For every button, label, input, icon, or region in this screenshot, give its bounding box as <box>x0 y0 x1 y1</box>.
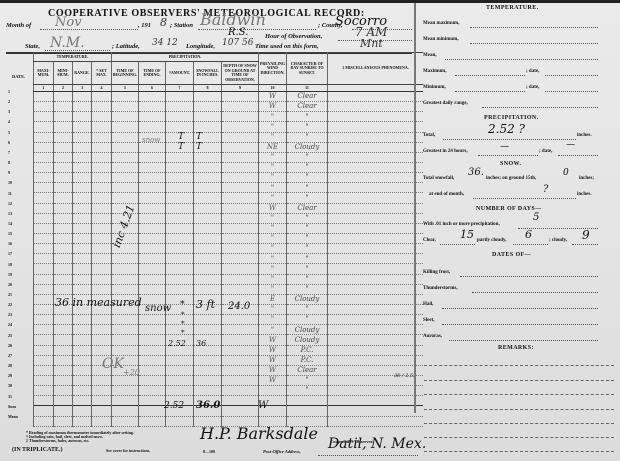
mean-label: Mean <box>8 414 18 419</box>
table-cell: " <box>259 173 287 183</box>
table-cell <box>222 254 259 264</box>
table-cell <box>328 112 424 122</box>
table-row: WClear <box>33 102 423 112</box>
table-cell: W <box>259 345 287 355</box>
table-cell <box>34 315 54 325</box>
remarks-line <box>424 394 614 395</box>
row22-snowfall: 3 ft <box>196 298 215 311</box>
table-cell <box>34 355 54 365</box>
table-cell <box>112 396 139 406</box>
day-label: 17 <box>8 251 12 256</box>
table-cell: " <box>259 193 287 203</box>
table-cell: " <box>259 122 287 132</box>
rp-snowfall-label: Total snowfall, <box>423 176 454 181</box>
col-num: 2 <box>54 85 73 92</box>
col-num: 9 <box>222 85 259 92</box>
month-label: Month of <box>6 22 31 29</box>
table-cell <box>54 203 73 213</box>
table-cell <box>112 345 139 355</box>
table-cell <box>166 183 194 193</box>
table-cell <box>92 406 112 416</box>
table-cell <box>139 203 166 213</box>
table-cell: " <box>287 132 328 142</box>
row22-amount: * <box>180 300 185 310</box>
table-row: "" <box>33 162 423 172</box>
table-cell <box>92 203 112 213</box>
table-cell: NE <box>259 142 287 152</box>
table-cell <box>92 254 112 264</box>
day-label: 7 <box>8 150 10 155</box>
table-cell <box>112 183 139 193</box>
table-cell <box>194 284 222 294</box>
remarks-line <box>424 437 614 438</box>
table-cell: " <box>287 193 328 203</box>
table-cell <box>166 213 194 223</box>
table-cell <box>34 284 54 294</box>
table-cell <box>194 264 222 274</box>
table-cell <box>73 203 92 213</box>
table-cell <box>92 112 112 122</box>
rp-end-month-value: ? <box>543 184 548 195</box>
table-cell <box>222 365 259 375</box>
table-row <box>33 406 423 416</box>
table-cell <box>139 122 166 132</box>
table-cell: " <box>259 112 287 122</box>
panel-divider <box>414 3 416 413</box>
table-cell <box>166 264 194 274</box>
table-cell <box>166 355 194 365</box>
table-cell <box>34 264 54 274</box>
row7-amount: T <box>178 142 184 152</box>
row22-note: 36 in measured <box>55 296 142 309</box>
table-cell <box>73 264 92 274</box>
table-cell <box>139 162 166 172</box>
table-cell: " <box>287 386 328 396</box>
ok-sub-note: +20 <box>123 368 140 377</box>
rp-greatest-24h-label: Greatest in 24 hours, <box>423 149 468 154</box>
table-cell <box>139 315 166 325</box>
table-cell <box>139 244 166 254</box>
table-cell <box>139 152 166 162</box>
table-cell <box>54 254 73 264</box>
top-border <box>0 0 620 3</box>
table-row: "" <box>33 183 423 193</box>
rp-precipitation-heading: PRECIPITATION. <box>484 115 539 121</box>
table-cell <box>166 244 194 254</box>
col-header-max: MAXI-MUM. <box>34 62 54 85</box>
table-cell <box>73 416 92 426</box>
table-cell <box>112 264 139 274</box>
table-cell: " <box>287 244 328 254</box>
day-label: 20 <box>8 282 12 287</box>
remarks-line <box>424 380 614 381</box>
table-cell <box>139 284 166 294</box>
table-cell <box>166 315 194 325</box>
table-cell <box>73 254 92 264</box>
table-cell <box>194 325 222 335</box>
table-cell: " <box>259 213 287 223</box>
table-cell <box>222 335 259 345</box>
table-cell <box>328 396 424 406</box>
table-cell <box>54 416 73 426</box>
table-cell: P.C. <box>287 345 328 355</box>
table-cell: " <box>259 274 287 284</box>
table-row: WClear <box>33 92 423 102</box>
table-cell <box>73 274 92 284</box>
time-used-value: Mnt <box>360 37 383 50</box>
day-label: 27 <box>8 353 12 358</box>
table-cell <box>112 274 139 284</box>
col-header-range: RANGE. <box>73 62 92 85</box>
day-label: 3 <box>8 109 10 114</box>
row6-amount: T <box>178 132 184 142</box>
table-cell <box>73 244 92 254</box>
table-row: "" <box>33 284 423 294</box>
table-cell <box>222 92 259 102</box>
table-cell <box>112 416 139 426</box>
table-cell <box>222 193 259 203</box>
table-cell <box>328 345 424 355</box>
table-cell <box>139 233 166 243</box>
col-header-time-end: TIME OF ENDING. <box>139 62 166 85</box>
table-cell <box>92 335 112 345</box>
table-cell <box>54 132 73 142</box>
table-cell <box>92 173 112 183</box>
table-cell <box>112 406 139 416</box>
col-header-misc: ‡ MISCELLANEOUS PHENOMENA. <box>328 53 424 85</box>
table-cell <box>166 365 194 375</box>
table-cell <box>194 365 222 375</box>
table-cell <box>92 223 112 233</box>
table-cell: W <box>259 375 287 385</box>
table-cell <box>34 406 54 416</box>
rp-thunderstorms-label: Thunderstorms, <box>423 286 458 291</box>
rp-snowfall-value: 36. <box>468 167 484 178</box>
table-cell <box>328 294 424 304</box>
table-cell: P.C. <box>287 355 328 365</box>
rp-maximum-date-label: ; date, <box>526 69 539 74</box>
table-cell <box>194 193 222 203</box>
table-cell <box>222 345 259 355</box>
table-cell <box>54 345 73 355</box>
col-num: 1 <box>34 85 54 92</box>
table-cell: W <box>259 365 287 375</box>
table-cell: " <box>287 233 328 243</box>
col-header-set-max: * SET MAX. <box>92 62 112 85</box>
rp-total-unit: inches. <box>577 133 592 138</box>
day-label: 22 <box>8 302 12 307</box>
day-label: 28 <box>8 363 12 368</box>
table-cell <box>166 173 194 183</box>
table-cell <box>34 122 54 132</box>
table-cell <box>54 142 73 152</box>
table-cell <box>73 375 92 385</box>
table-cell <box>34 102 54 112</box>
table-cell: " <box>287 375 328 385</box>
table-cell <box>139 92 166 102</box>
table-row: "" <box>33 264 423 274</box>
rp-dates-heading: DATES OF— <box>492 252 531 258</box>
table-cell <box>34 386 54 396</box>
rp-temperature-heading: TEMPERATURE. <box>486 5 539 11</box>
table-cell <box>112 284 139 294</box>
table-cell: " <box>259 223 287 233</box>
table-cell <box>287 396 328 406</box>
table-cell <box>34 223 54 233</box>
table-cell <box>92 325 112 335</box>
day-label: 15 <box>8 231 12 236</box>
triplicate-label: (IN TRIPLICATE.) <box>12 447 62 453</box>
day-label: 2 <box>8 99 10 104</box>
table-cell <box>328 416 424 426</box>
table-row: "" <box>33 244 423 254</box>
remarks-line <box>424 409 614 410</box>
rp-sleet-label: Sleet, <box>423 318 435 323</box>
latitude-label: ; Latitude, <box>112 43 140 50</box>
table-cell <box>92 345 112 355</box>
col-num: 5 <box>112 85 139 92</box>
row6-snow: T <box>196 132 202 142</box>
table-cell: " <box>287 304 328 314</box>
rs-value: R.S. <box>228 27 248 38</box>
rp-precip-days-label: With .01 inch or more precipitation, <box>423 222 500 227</box>
table-cell <box>54 162 73 172</box>
table-cell <box>139 335 166 345</box>
table-cell <box>222 244 259 254</box>
table-cell <box>73 132 92 142</box>
table-cell <box>112 142 139 152</box>
table-cell: " <box>287 254 328 264</box>
table-cell <box>73 345 92 355</box>
table-row: "Cloudy <box>33 325 423 335</box>
table-cell <box>34 294 54 304</box>
table-cell <box>222 183 259 193</box>
station-line <box>198 29 316 30</box>
table-cell <box>222 375 259 385</box>
table-cell: " <box>259 183 287 193</box>
table-cell <box>54 233 73 243</box>
station-label: ; Station <box>170 22 193 29</box>
day-label: 26 <box>8 343 12 348</box>
table-cell <box>73 335 92 345</box>
table-cell <box>92 92 112 102</box>
row22-depth: 24.0 <box>228 301 250 312</box>
table-cell <box>73 386 92 396</box>
table-cell <box>139 213 166 223</box>
table-cell: " <box>287 173 328 183</box>
table-cell <box>222 203 259 213</box>
precipitation-group-header: PRECIPITATION. <box>112 53 259 62</box>
table-cell: " <box>287 264 328 274</box>
table-cell <box>166 152 194 162</box>
table-cell: " <box>287 122 328 132</box>
day-label: 25 <box>8 333 12 338</box>
rp-minimum-date-label: ; date, <box>526 85 539 90</box>
table-cell: " <box>259 284 287 294</box>
table-cell <box>139 345 166 355</box>
table-cell <box>34 365 54 375</box>
table-cell <box>54 244 73 254</box>
table-cell <box>139 183 166 193</box>
state-value: N.M. <box>50 35 85 51</box>
rp-minimum-label: Minimum, <box>423 85 446 90</box>
table-cell <box>112 162 139 172</box>
day-label: 16 <box>8 241 12 246</box>
table-cell <box>194 315 222 325</box>
table-cell <box>73 102 92 112</box>
rp-mean-max-label: Mean maximum, <box>423 21 459 26</box>
table-cell <box>166 233 194 243</box>
col-header-snowfall: SNOWFALL IN INCHES. <box>194 62 222 85</box>
table-cell <box>328 132 424 142</box>
table-cell <box>92 264 112 274</box>
table-cell: Cloudy <box>287 294 328 304</box>
table-cell <box>73 213 92 223</box>
table-cell <box>328 406 424 416</box>
ok-note: OK <box>102 356 124 372</box>
table-cell <box>222 264 259 274</box>
table-cell <box>54 375 73 385</box>
row7-snow: T <box>196 142 202 152</box>
table-row: W" <box>33 375 423 385</box>
col-header-depth: DEPTH OF SNOW ON GROUND AT TIME OF OBSER… <box>222 62 259 85</box>
state-label: State, <box>25 43 40 50</box>
table-cell <box>194 173 222 183</box>
table-cell: " <box>259 152 287 162</box>
table-cell <box>92 396 112 406</box>
table-cell <box>54 102 73 112</box>
table-cell <box>166 325 194 335</box>
table-cell <box>92 284 112 294</box>
table-cell <box>222 173 259 183</box>
col-num: 6 <box>139 85 166 92</box>
table-cell <box>54 264 73 274</box>
table-cell: Cloudy <box>287 335 328 345</box>
table-cell <box>34 173 54 183</box>
rp-greatest-date-label: ; date, <box>539 149 552 154</box>
table-cell <box>328 162 424 172</box>
table-cell <box>328 304 424 314</box>
table-cell <box>222 223 259 233</box>
table-cell <box>54 406 73 416</box>
table-cell <box>328 173 424 183</box>
table-cell <box>328 264 424 274</box>
footnote-3: ‡ Thunderstorms, hales, auroras, etc. <box>26 438 89 443</box>
observer-signature: H.P. Barksdale <box>200 424 318 443</box>
table-row: "" <box>33 223 423 233</box>
table-cell <box>34 254 54 264</box>
table-cell <box>194 112 222 122</box>
table-cell <box>73 223 92 233</box>
day-label: 4 <box>8 119 10 124</box>
table-cell <box>73 233 92 243</box>
sum-snowfall: 36.0 <box>196 400 220 411</box>
table-cell <box>139 396 166 406</box>
table-cell <box>54 173 73 183</box>
table-cell <box>73 193 92 203</box>
day-label: 10 <box>8 180 12 185</box>
table-cell <box>112 325 139 335</box>
table-cell <box>54 122 73 132</box>
table-cell: " <box>259 244 287 254</box>
day-label: 13 <box>8 211 12 216</box>
table-row: "" <box>33 112 423 122</box>
table-cell <box>139 193 166 203</box>
rp-total-label: Total, <box>423 133 435 138</box>
table-cell: " <box>259 264 287 274</box>
table-cell <box>328 102 424 112</box>
table-cell <box>166 274 194 284</box>
table-row: " <box>33 386 423 396</box>
table-cell <box>166 193 194 203</box>
table-cell <box>112 386 139 396</box>
table-cell <box>112 315 139 325</box>
see-cover-label: See cover for instructions. <box>106 448 150 453</box>
table-cell <box>328 92 424 102</box>
table-cell <box>73 365 92 375</box>
table-cell <box>92 375 112 385</box>
col-header-character: CHARACTER OF DAY SUNRISE TO SUNSET. <box>287 53 328 85</box>
table-cell <box>112 112 139 122</box>
day-label: 1 <box>8 89 10 94</box>
table-cell <box>222 233 259 243</box>
table-cell <box>54 223 73 233</box>
table-cell <box>54 365 73 375</box>
table-cell: " <box>259 325 287 335</box>
table-cell: " <box>287 162 328 172</box>
day-label: 5 <box>8 130 10 135</box>
rp-partly-label: partly cloudy, <box>477 238 506 243</box>
col-header-date: DATE. <box>12 74 25 79</box>
table-cell: " <box>259 304 287 314</box>
rp-on-ground-label: inches; on ground 15th, <box>486 176 536 181</box>
table-cell <box>54 274 73 284</box>
table-cell <box>73 355 92 365</box>
table-cell <box>139 274 166 284</box>
table-cell <box>34 152 54 162</box>
table-cell: Clear <box>287 92 328 102</box>
table-cell: " <box>259 162 287 172</box>
table-cell <box>166 112 194 122</box>
table-cell: " <box>287 152 328 162</box>
table-row <box>33 396 423 406</box>
table-cell <box>222 315 259 325</box>
rp-partly-value: 6 <box>525 228 532 241</box>
table-cell <box>166 223 194 233</box>
longitude-label: Longitude, <box>186 43 215 50</box>
table-cell <box>222 122 259 132</box>
table-cell <box>194 223 222 233</box>
table-cell <box>112 152 139 162</box>
table-cell <box>139 365 166 375</box>
time-used-label: Time used on this form, <box>255 43 319 50</box>
rp-end-month-label: at end of month, <box>429 192 464 197</box>
col-header-min: MINI-MUM. <box>54 62 73 85</box>
remarks-line <box>424 451 614 452</box>
day-label: 23 <box>8 312 12 317</box>
table-cell <box>222 386 259 396</box>
table-cell <box>54 386 73 396</box>
table-cell <box>73 315 92 325</box>
table-cell <box>139 355 166 365</box>
table-row: WClear <box>33 203 423 213</box>
table-cell: " <box>259 132 287 142</box>
table-cell <box>34 325 54 335</box>
table-cell <box>222 162 259 172</box>
col-header-time-begin: TIME OF BEGINNING. <box>112 62 139 85</box>
rp-precip-days-value: 5 <box>533 212 539 223</box>
table-cell <box>73 152 92 162</box>
